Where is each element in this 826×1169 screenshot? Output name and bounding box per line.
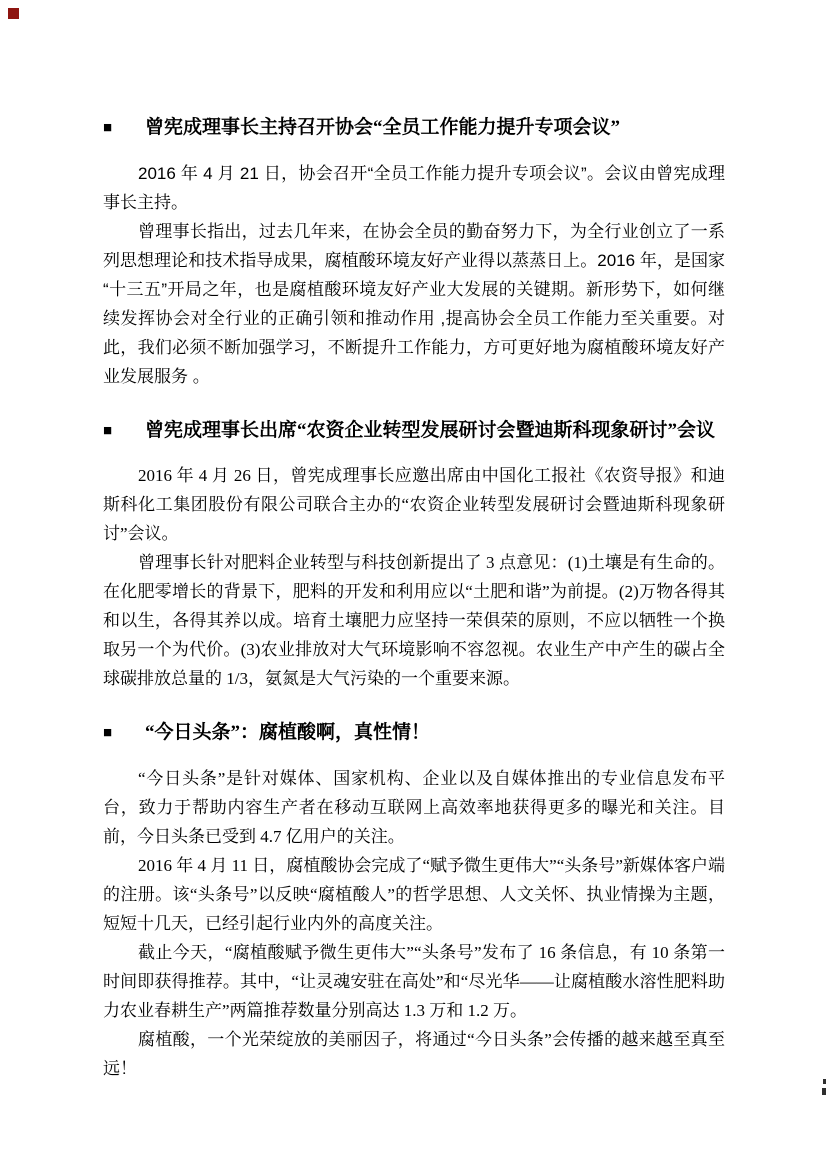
paragraph: 2016 年 4 月 26 日，曾宪成理事长应邀出席由中国化工报社《农资导报》和… bbox=[103, 461, 725, 548]
section-heading-text: 曾宪成理事长主持召开协会“全员工作能力提升专项会议” bbox=[145, 117, 620, 138]
section-heading-text: “今日头条”：腐植酸啊，真性情！ bbox=[145, 722, 430, 743]
paragraph: 腐植酸，一个光荣绽放的美丽因子，将通过“今日头条”会传播的越来越至真至远！ bbox=[103, 1025, 725, 1083]
section-heading: ■“今日头条”：腐植酸啊，真性情！ bbox=[103, 718, 725, 748]
square-bullet-icon: ■ bbox=[103, 114, 145, 143]
paragraph: 2016 年 4 月 11 日，腐植酸协会完成了“赋予微生更伟大”“头条号”新媒… bbox=[103, 851, 725, 938]
paragraph: 2016 年 4 月 21 日，协会召开“全员工作能力提升专项会议”。会议由曾宪… bbox=[103, 159, 725, 217]
paragraph: 曾理事长指出，过去几年来，在协会全员的勤奋努力下，为全行业创立了一系列思想理论和… bbox=[103, 217, 725, 391]
page-edge-artifact bbox=[822, 1079, 826, 1095]
red-corner-marker bbox=[8, 8, 19, 19]
section-paragraphs: “今日头条”是针对媒体、国家机构、企业以及自媒体推出的专业信息发布平台，致力于帮… bbox=[103, 764, 725, 1083]
paragraph: 曾理事长针对肥料企业转型与科技创新提出了 3 点意见：(1)土壤是有生命的。在化… bbox=[103, 548, 725, 693]
square-bullet-icon: ■ bbox=[103, 417, 145, 446]
section-heading: ■曾宪成理事长主持召开协会“全员工作能力提升专项会议” bbox=[103, 113, 725, 143]
document-page: ■曾宪成理事长主持召开协会“全员工作能力提升专项会议” 2016 年 4 月 2… bbox=[0, 0, 826, 1169]
section-paragraphs: 2016 年 4 月 26 日，曾宪成理事长应邀出席由中国化工报社《农资导报》和… bbox=[103, 461, 725, 693]
paragraph: 截止今天，“腐植酸赋予微生更伟大”“头条号”发布了 16 条信息，有 10 条第… bbox=[103, 938, 725, 1025]
section-toutiao: ■“今日头条”：腐植酸啊，真性情！ “今日头条”是针对媒体、国家机构、企业以及自… bbox=[103, 718, 725, 1083]
document-content: ■曾宪成理事长主持召开协会“全员工作能力提升专项会议” 2016 年 4 月 2… bbox=[103, 97, 725, 1083]
section-paragraphs: 2016 年 4 月 21 日，协会召开“全员工作能力提升专项会议”。会议由曾宪… bbox=[103, 159, 725, 391]
section-ability-meeting: ■曾宪成理事长主持召开协会“全员工作能力提升专项会议” 2016 年 4 月 2… bbox=[103, 113, 725, 391]
section-heading: ■曾宪成理事长出席“农资企业转型发展研讨会暨迪斯科现象研讨”会议 bbox=[103, 416, 725, 446]
paragraph: “今日头条”是针对媒体、国家机构、企业以及自媒体推出的专业信息发布平台，致力于帮… bbox=[103, 764, 725, 851]
section-symposium: ■曾宪成理事长出席“农资企业转型发展研讨会暨迪斯科现象研讨”会议 2016 年 … bbox=[103, 416, 725, 694]
section-heading-text: 曾宪成理事长出席“农资企业转型发展研讨会暨迪斯科现象研讨”会议 bbox=[145, 420, 715, 441]
square-bullet-icon: ■ bbox=[103, 719, 145, 748]
edge-speck-bottom bbox=[822, 1088, 826, 1095]
